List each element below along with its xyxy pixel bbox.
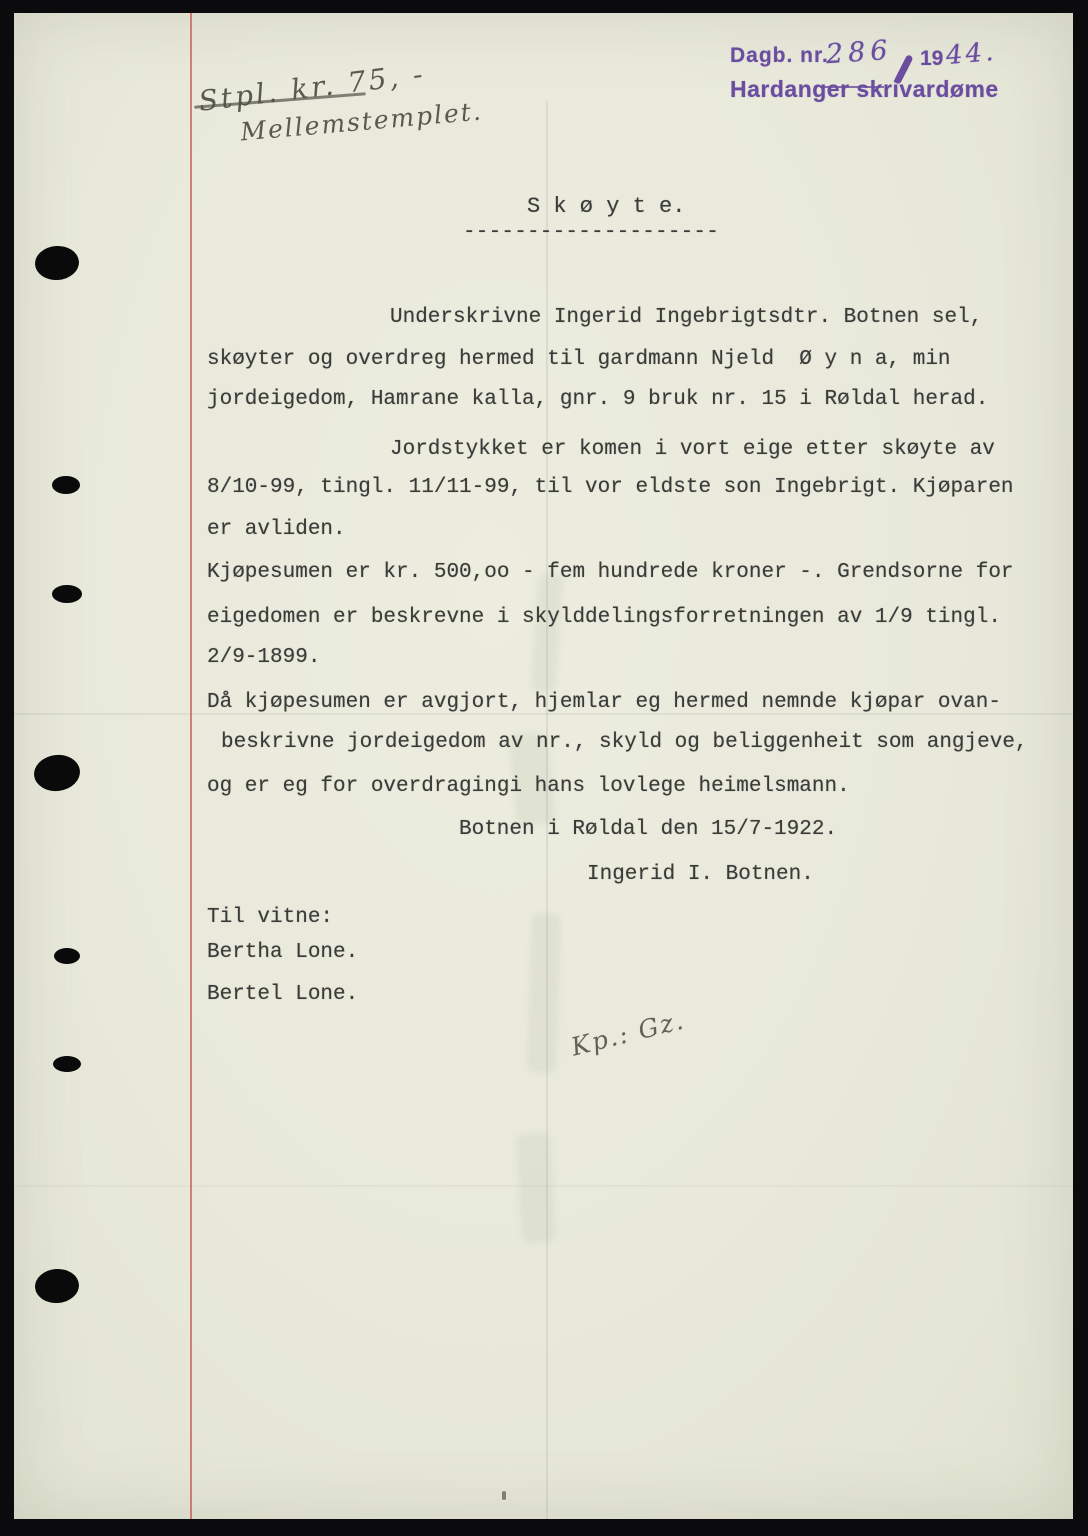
document-line: 8/10-99, tingl. 11/11-99, til vor eldste… bbox=[207, 475, 1014, 501]
document-line: 2/9-1899. bbox=[207, 645, 320, 671]
punch-hole bbox=[54, 948, 80, 964]
document-line: og er eg for overdragingi hans lovlege h… bbox=[207, 774, 850, 800]
document-line: eigedomen er beskrevne i skylddelingsfor… bbox=[207, 605, 1001, 631]
document-dateline: Botnen i Røldal den 15/7-1922. bbox=[459, 817, 837, 843]
document-line: skøyter og overdreg hermed til gardmann … bbox=[207, 347, 951, 373]
title-underline: -------------------- bbox=[463, 221, 719, 244]
document-line: er avliden. bbox=[207, 517, 346, 543]
witness-heading: Til vitne: bbox=[207, 905, 333, 931]
office-stamp: Hardanger skrivardøme bbox=[730, 76, 999, 103]
document-line: jordeigedom, Hamrane kalla, gnr. 9 bruk … bbox=[207, 387, 988, 413]
document-title: S k ø y t e. bbox=[527, 194, 685, 219]
journal-stamp-label: Dagb. nr. bbox=[730, 44, 829, 68]
punch-hole bbox=[32, 752, 82, 793]
reverse-side-bleed bbox=[526, 913, 562, 1074]
punch-hole bbox=[34, 1268, 80, 1305]
ink-speck bbox=[502, 1491, 506, 1500]
reverse-side-bleed bbox=[530, 572, 564, 694]
punch-hole bbox=[34, 245, 80, 282]
document-line: Jordstykket er komen i vort eige etter s… bbox=[390, 437, 995, 463]
journal-number-handwritten: 286 bbox=[825, 35, 894, 71]
punch-hole bbox=[53, 1056, 81, 1072]
document-line: Kjøpesumen er kr. 500,oo - fem hundrede … bbox=[207, 560, 1014, 586]
document-page: Stpl. kr. 75, - Mellemstemplet. Dagb. nr… bbox=[14, 13, 1073, 1519]
document-line: Då kjøpesumen er avgjort, hjemlar eg her… bbox=[207, 690, 1001, 716]
punch-hole bbox=[52, 585, 82, 603]
reverse-side-bleed bbox=[516, 1132, 556, 1244]
red-margin-line bbox=[190, 13, 192, 1519]
punch-hole bbox=[52, 476, 80, 494]
document-line: beskrivne jordeigedom av nr., skyld og b… bbox=[221, 730, 1028, 756]
stamp-year-printed: 19 bbox=[920, 47, 943, 71]
document-line: Underskrivne Ingerid Ingebrigtsdtr. Botn… bbox=[390, 305, 982, 331]
scanned-archive-image: Stpl. kr. 75, - Mellemstemplet. Dagb. nr… bbox=[0, 0, 1088, 1536]
signature-line: Ingerid I. Botnen. bbox=[587, 862, 814, 888]
witness-name: Bertha Lone. bbox=[207, 940, 358, 966]
witness-name: Bertel Lone. bbox=[207, 982, 358, 1008]
handwritten-initials: Kp.: Gz. bbox=[568, 1005, 688, 1061]
stamp-year-handwritten: 44. bbox=[945, 37, 998, 71]
